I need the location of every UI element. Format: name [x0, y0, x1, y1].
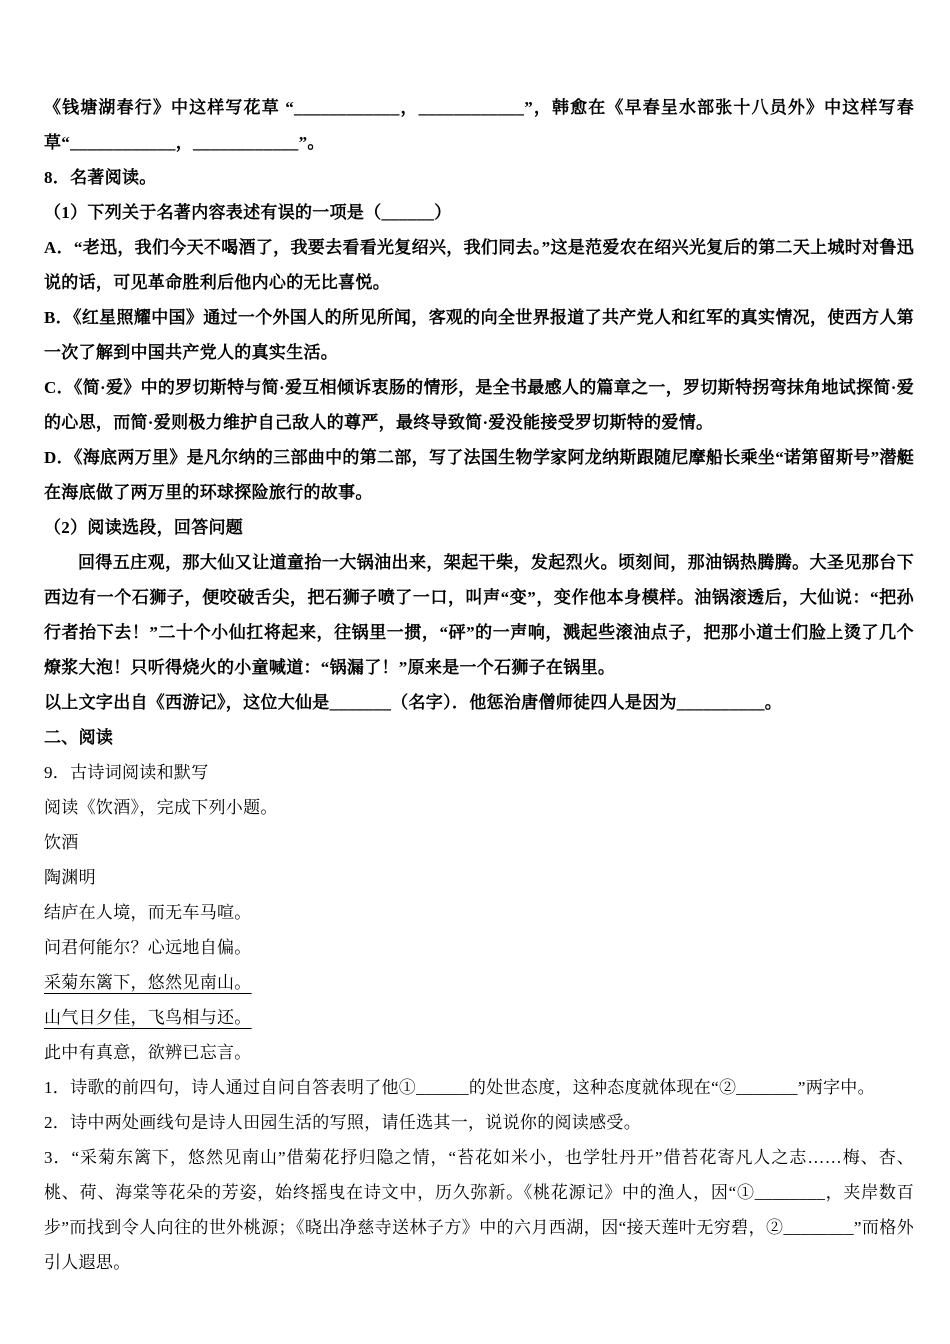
question8-option-d: D．《海底两万里》是凡尔纳的三部曲中的第二部，写了法国生物学家阿龙纳斯跟随尼摩船…	[44, 440, 914, 510]
poem-line: 问君何能尔？心远地自偏。	[44, 930, 914, 965]
question9-instruction: 阅读《饮酒》，完成下列小题。	[44, 790, 914, 825]
prelude-line: 《钱塘湖春行》中这样写花草 “____________，____________…	[44, 90, 914, 160]
question8-option-a: A．“老迅，我们今天不喝酒了，我要去看看光复绍兴，我们同去。”这是范爱农在绍兴光…	[44, 230, 914, 300]
question8-fill-line: 以上文字出自《西游记》，这位大仙是_______（名字）．他惩治唐僧师徒四人是因…	[44, 685, 914, 720]
question9-title: 9．古诗词阅读和默写	[44, 755, 914, 790]
poem-line-underlined: 采菊东篱下，悠然见南山。	[44, 965, 914, 1000]
question8-option-b: B．《红星照耀中国》通过一个外国人的所见所闻，客观的向全世界报道了共产党人和红军…	[44, 300, 914, 370]
poem-line-underlined: 山气日夕佳，飞鸟相与还。	[44, 1000, 914, 1035]
poem-title: 饮酒	[44, 825, 914, 860]
poem-author: 陶渊明	[44, 860, 914, 895]
xiyouji-passage: 回得五庄观，那大仙又让道童抬一大锅油出来，架起干柴，发起烈火。顷刻间，那油锅热腾…	[44, 545, 914, 685]
section-two-heading: 二、阅读	[44, 720, 914, 755]
poem-line: 结庐在人境，而无车马喧。	[44, 895, 914, 930]
question8-option-c: C．《简·爱》中的罗切斯特与简·爱互相倾诉衷肠的情形，是全书最感人的篇章之一，罗…	[44, 370, 914, 440]
question9-sub1: 1．诗歌的前四句，诗人通过自问自答表明了他①______的处世态度，这种态度就体…	[44, 1070, 914, 1105]
question8-part1-label: （1）下列关于名著内容表述有误的一项是（______）	[44, 195, 914, 230]
question8-part2-label: （2）阅读选段，回答问题	[44, 510, 914, 545]
question9-sub3: 3．“采菊东篱下，悠然见南山”借菊花抒归隐之情，“苔花如米小，也学牡丹开”借苔花…	[44, 1140, 914, 1280]
question9-sub2: 2．诗中两处画线句是诗人田园生活的写照，请任选其一，说说你的阅读感受。	[44, 1105, 914, 1140]
question8-title: 8．名著阅读。	[44, 160, 914, 195]
exam-page: 《钱塘湖春行》中这样写花草 “____________，____________…	[0, 0, 950, 1344]
poem-line: 此中有真意，欲辨已忘言。	[44, 1035, 914, 1070]
